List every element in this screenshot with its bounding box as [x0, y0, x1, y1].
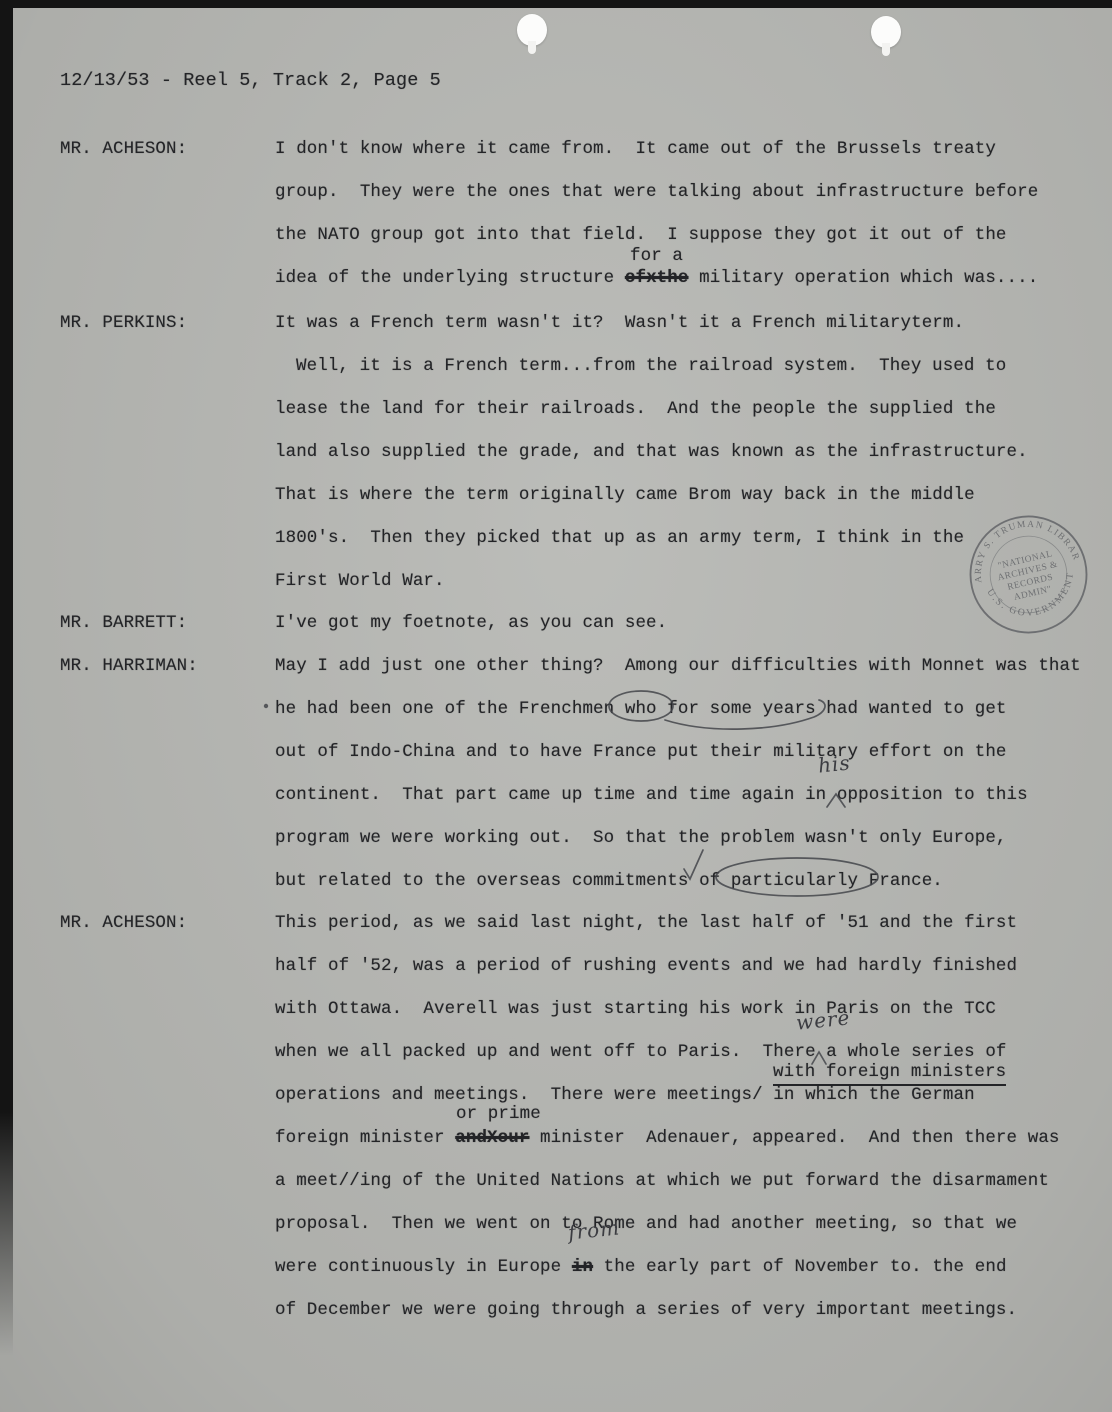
stamp-center-line: "NATIONAL: [997, 549, 1053, 571]
speaker-label: MR. ACHESON:: [60, 138, 187, 160]
line-text: the early part of November to. the end: [593, 1257, 1006, 1277]
typed-insertion-for-a: for a: [630, 245, 683, 267]
line-text: military operation which was....: [688, 268, 1038, 288]
dialogue-line: but related to the overseas commitments …: [275, 870, 943, 892]
struck-text: in: [572, 1257, 593, 1277]
dialogue-line: program we were working out. So that the…: [275, 827, 1007, 849]
dialogue-line: he had been one of the Frenchmen who for…: [275, 698, 1007, 720]
stamp-arc-bottom: U.S. GOVERNMENT: [984, 568, 1085, 628]
line-text: were continuously in Europe: [275, 1257, 572, 1277]
pen-dot: [264, 704, 268, 708]
scan-edge-left: [0, 0, 13, 1356]
dialogue-line: continent. That part came up time and ti…: [275, 784, 1028, 806]
handwritten-his: his: [817, 750, 852, 777]
stamp-outer-ring: [959, 505, 1098, 644]
scan-edge-top: [0, 0, 1112, 8]
dialogue-line: This period, as we said last night, the …: [275, 912, 1017, 934]
dialogue-line: when we all packed up and went off to Pa…: [275, 1041, 1007, 1063]
typed-insertion-with-foreign-ministers: with foreign ministers: [773, 1061, 1006, 1086]
dialogue-line: the NATO group got into that field. I su…: [275, 224, 1007, 246]
dialogue-line: land also supplied the grade, and that w…: [275, 441, 1028, 463]
dialogue-line: May I add just one other thing? Among ou…: [275, 655, 1081, 677]
speaker-label: MR. PERKINS:: [60, 312, 187, 334]
stamp-center-line: ADMIN": [1013, 585, 1053, 603]
dialogue-line: group. They were the ones that were talk…: [275, 181, 1038, 203]
dialogue-line: operations and meetings. There were meet…: [275, 1084, 975, 1106]
handwritten-were: were: [795, 1005, 852, 1035]
dialogue-line: with Ottawa. Averell was just starting h…: [275, 998, 996, 1020]
dialogue-line: half of '52, was a period of rushing eve…: [275, 955, 1017, 977]
dialogue-line: First World War.: [275, 570, 445, 592]
dialogue-line: It was a French term wasn't it? Wasn't i…: [275, 312, 964, 334]
typed-insertion-or-prime: or prime: [456, 1103, 541, 1125]
line-text: idea of the underlying structure: [275, 268, 625, 288]
speaker-label: MR. HARRIMAN:: [60, 655, 198, 677]
dialogue-line: foreign minister andXour minister Adenau…: [275, 1127, 1060, 1149]
dialogue-line: idea of the underlying structure ofxthe …: [275, 267, 1038, 289]
handwritten-from: from: [567, 1215, 621, 1244]
page-header: 12/13/53 - Reel 5, Track 2, Page 5: [60, 70, 441, 92]
dialogue-line: I've got my foetnote, as you can see.: [275, 612, 667, 634]
line-text: foreign minister: [275, 1128, 455, 1148]
stamp-arc-top: HARRY S. TRUMAN LIBRARY: [956, 502, 1081, 590]
stamp-center-line: RECORDS: [1007, 573, 1055, 593]
dialogue-line: 1800's. Then they picked that up as an a…: [275, 527, 964, 549]
dialogue-line: lease the land for their railroads. And …: [275, 398, 996, 420]
dialogue-line: I don't know where it came from. It came…: [275, 138, 996, 160]
speaker-label: MR. ACHESON:: [60, 912, 187, 934]
dialogue-line: Well, it is a French term...from the rai…: [296, 355, 1006, 377]
speaker-label: MR. BARRETT:: [60, 612, 187, 634]
stamp-inner-ring: [983, 529, 1075, 621]
dialogue-line: of December we were going through a seri…: [275, 1299, 1017, 1321]
scanned-document-page: 12/13/53 - Reel 5, Track 2, Page 5 MR. A…: [0, 0, 1112, 1412]
dialogue-line: a meet//ing of the United Nations at whi…: [275, 1170, 1049, 1192]
dialogue-line: out of Indo-China and to have France put…: [275, 741, 1007, 763]
struck-text: ofxthe: [625, 268, 689, 288]
dialogue-line: were continuously in Europe in the early…: [275, 1256, 1007, 1278]
archival-stamp: HARRY S. TRUMAN LIBRARY U.S. GOVERNMENT …: [956, 502, 1101, 647]
punch-hole: [517, 14, 547, 46]
punch-hole: [871, 16, 901, 48]
struck-text: andXour: [455, 1128, 529, 1148]
dialogue-line: That is where the term originally came B…: [275, 484, 975, 506]
stamp-center-line: ARCHIVES &: [997, 560, 1059, 584]
line-text: minister Adenauer, appeared. And then th…: [529, 1128, 1059, 1148]
dialogue-line: proposal. Then we went on to Rome and ha…: [275, 1213, 1017, 1235]
